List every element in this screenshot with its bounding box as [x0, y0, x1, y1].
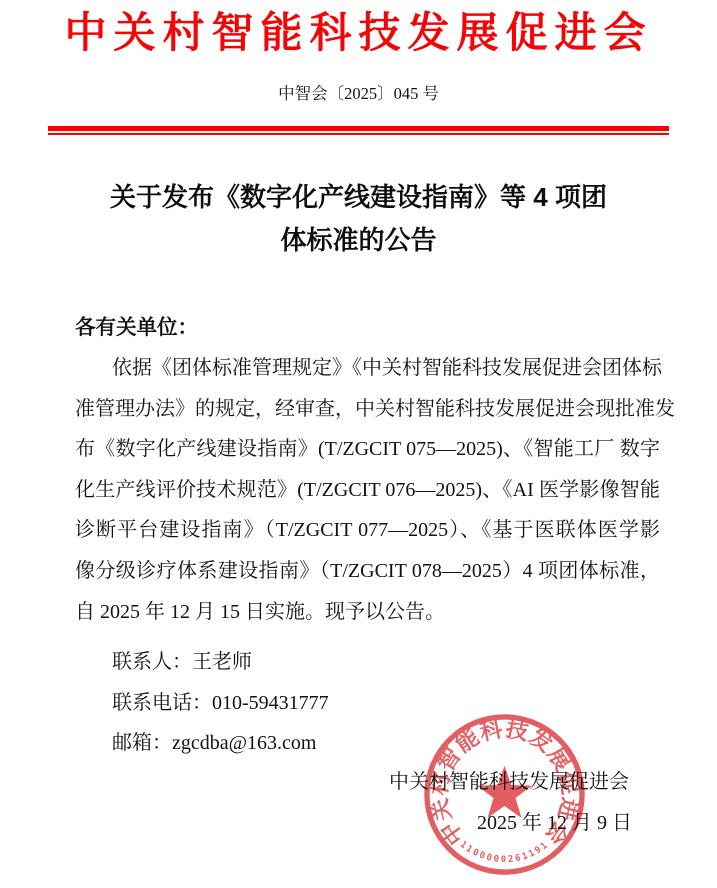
official-notice-document: 中关村智能科技发展促进会 中智会〔2025〕045 号 关于发布《数字化产线建设… [0, 0, 717, 888]
paragraph-line: 依据《团体标准管理规定》《中关村智能科技发展促进会团体标 [75, 348, 660, 389]
paragraph-line: 布《数字化产线建设指南》(T/ZGCIT 075—2025)、《智能工厂 数字 [75, 429, 660, 470]
red-rule-thin [48, 133, 669, 135]
paragraph-line: 诊断平台建设指南》（T/ZGCIT 077—2025）、《基于医联体医学影 [75, 510, 660, 551]
official-seal: 中关村智能科技发展促进会 1100000261191 [422, 712, 587, 877]
document-title-line2: 体标准的公告 [0, 219, 717, 262]
seal-star-icon [477, 766, 532, 818]
body-paragraph: 依据《团体标准管理规定》《中关村智能科技发展促进会团体标 准管理办法》的规定，经… [75, 348, 660, 632]
salutation: 各有关单位： [75, 308, 198, 348]
red-rule-thick [48, 126, 669, 131]
document-title-line1: 关于发布《数字化产线建设指南》等 4 项团 [0, 176, 717, 219]
letterhead-org-title: 中关村智能科技发展促进会 [0, 6, 717, 62]
paragraph-line: 化生产线评价技术规范》(T/ZGCIT 076—2025)、《AI 医学影像智能 [75, 470, 660, 511]
contact-person: 联系人：王老师 [75, 642, 660, 683]
paragraph-line: 像分级诊疗体系建设指南》（T/ZGCIT 078—2025）4 项团体标准， [75, 551, 660, 592]
paragraph-line: 准管理办法》的规定，经审查，中关村智能科技发展促进会现批准发 [75, 389, 660, 430]
seal-code: 1100000261191 [458, 840, 551, 865]
document-number: 中智会〔2025〕045 号 [0, 82, 717, 106]
paragraph-line: 自 2025 年 12 月 15 日实施。现予以公告。 [75, 592, 660, 633]
document-title: 关于发布《数字化产线建设指南》等 4 项团 体标准的公告 [0, 176, 717, 262]
